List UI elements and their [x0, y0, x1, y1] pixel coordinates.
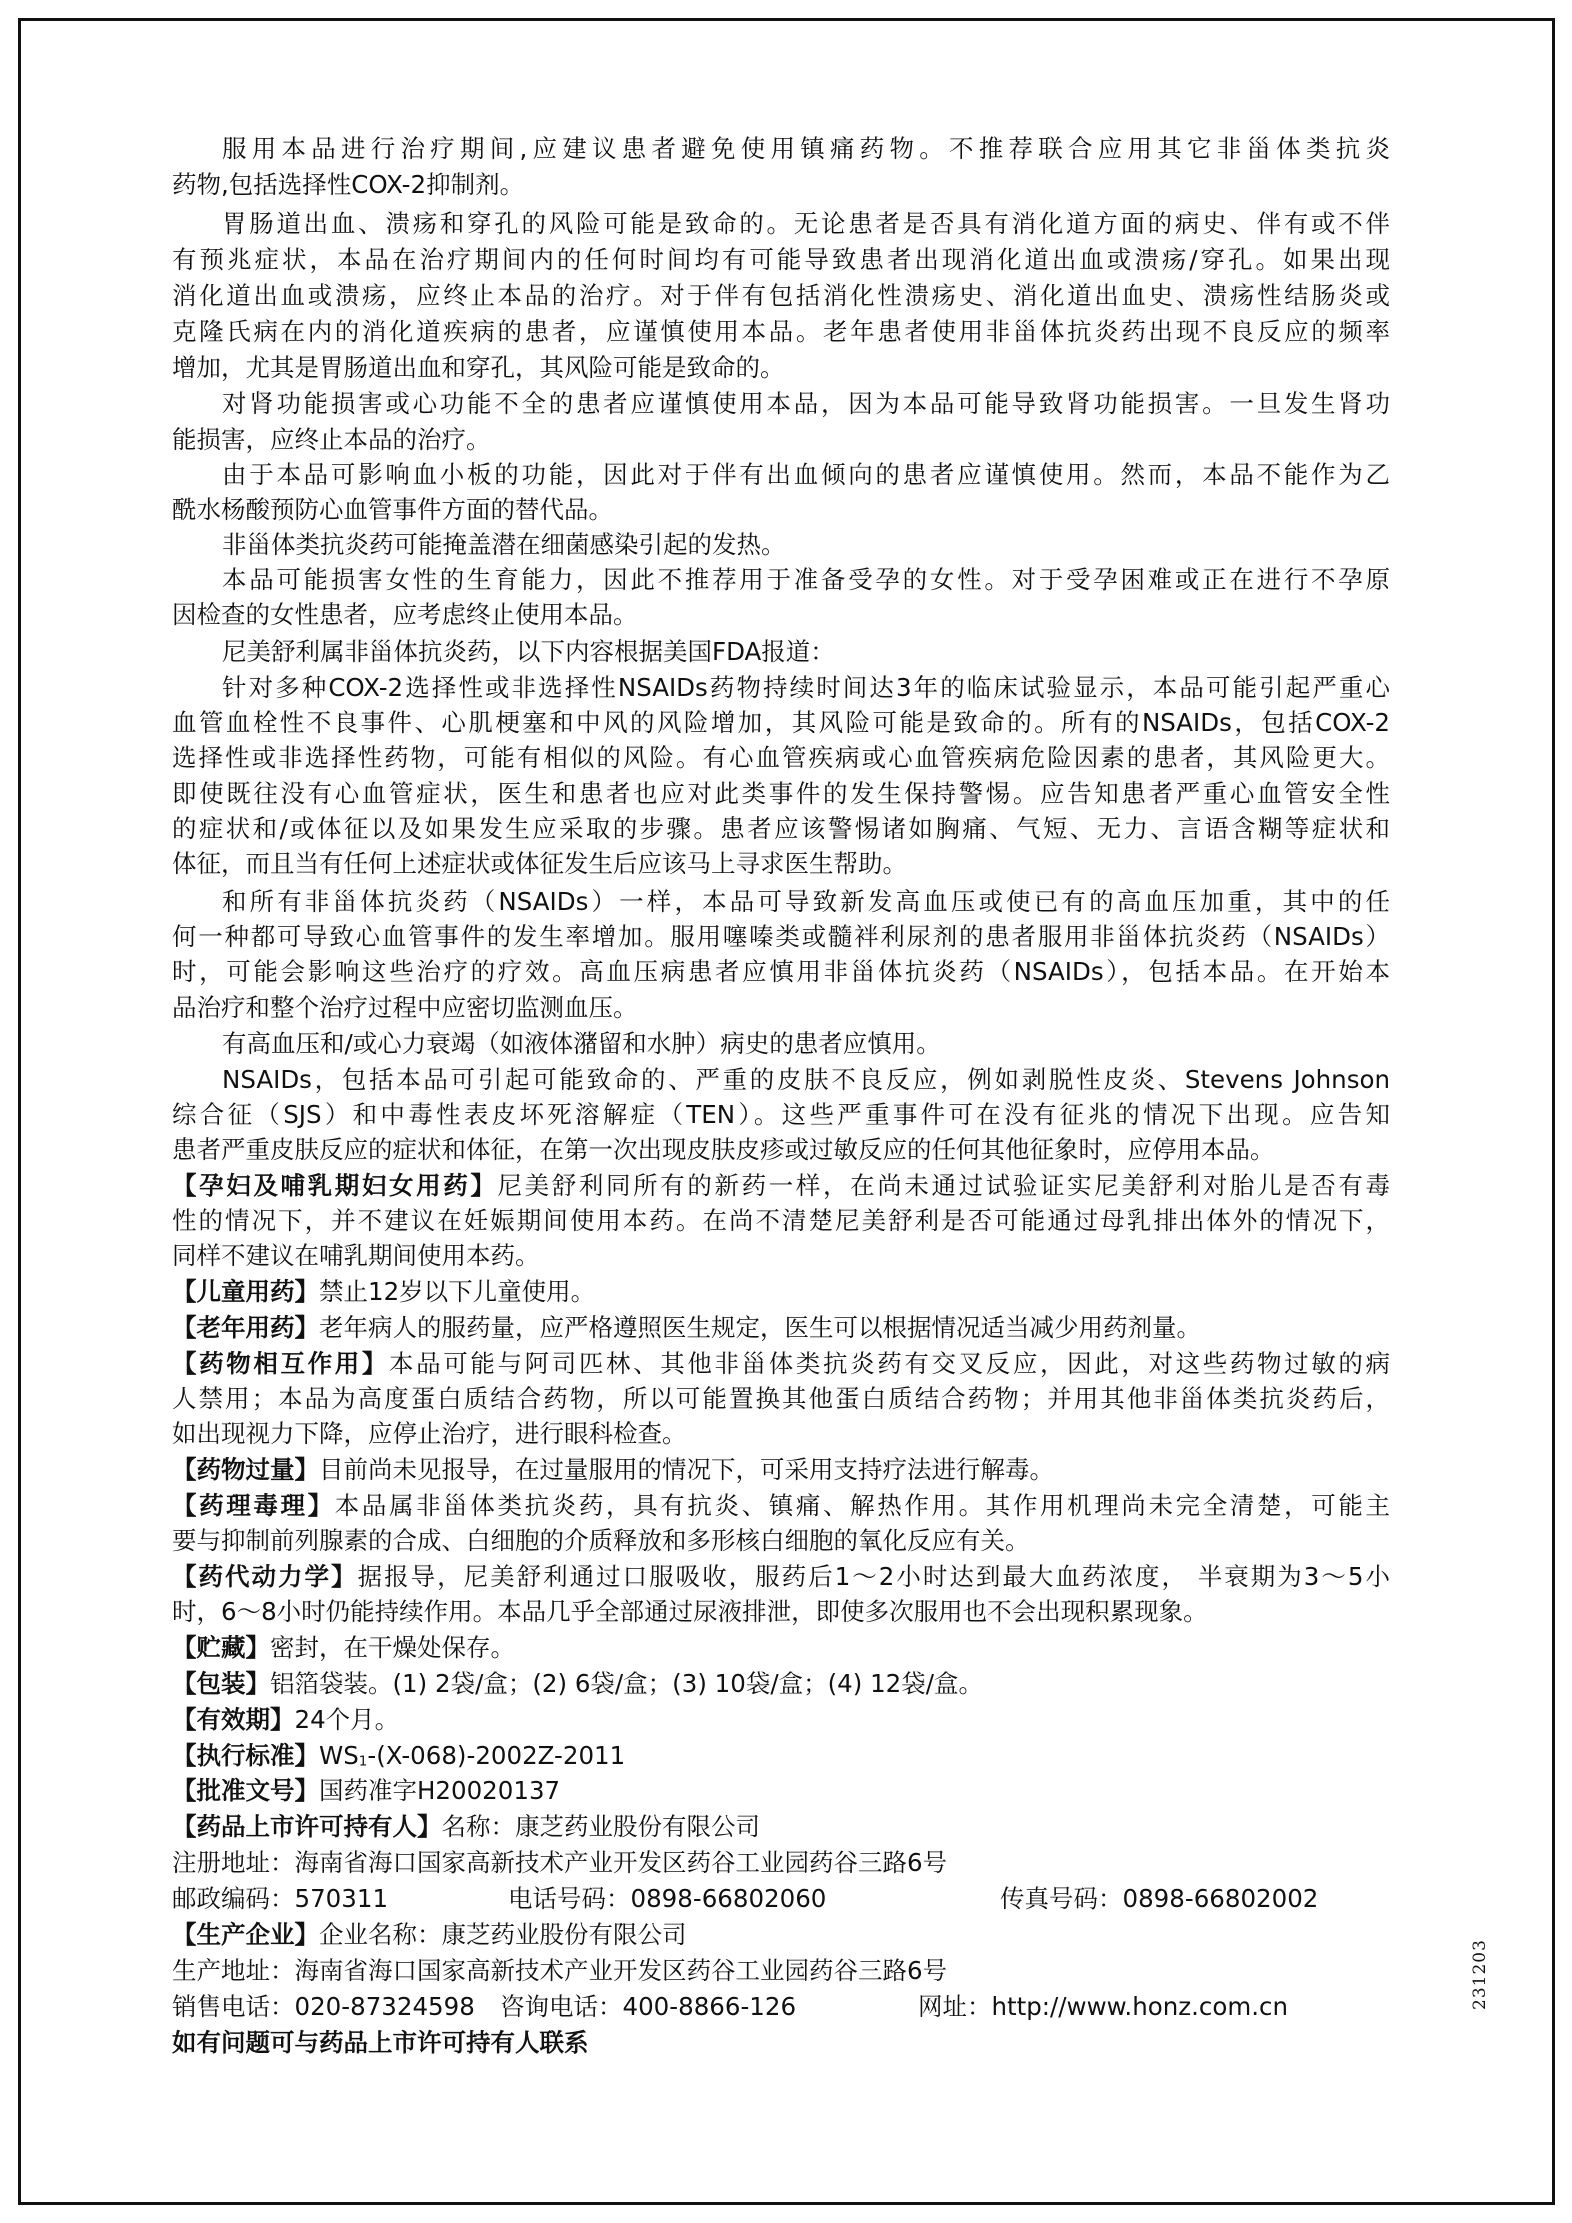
paragraph-line: 服用本品进行治疗期间,应建议患者避免使用镇痛药物。不推荐联合应用其它非甾体类抗炎: [222, 132, 1390, 166]
side-print-code: 231203: [1470, 1939, 1490, 2010]
section-heading: 【药品上市许可持有人】: [172, 1812, 442, 1841]
section-storage: 【贮藏】密封，在干燥处保存。: [172, 1631, 1390, 1665]
manufacturer-address: 生产地址：海南省海口国家高新技术产业开发区药谷工业园药谷三路6号: [172, 1954, 1390, 1988]
section-heading: 【有效期】: [172, 1705, 295, 1734]
section-heading: 【执行标准】: [172, 1741, 319, 1770]
section-heading: 【药物相互作用】: [172, 1349, 389, 1378]
section-interactions: 【药物相互作用】本品可能与阿司匹林、其他非甾体类抗炎药有交叉反应，因此，对这些药…: [172, 1347, 1390, 1381]
paragraph-line: 克隆氏病在内的消化道疾病的患者，应谨慎使用本品。老年患者使用非甾体抗炎药出现不良…: [172, 315, 1390, 349]
paragraph-line: 综合征（SJS）和中毒性表皮坏死溶解症（TEN）。这些严重事件可在没有征兆的情况…: [172, 1098, 1390, 1132]
paragraph-line: 胃肠道出血、溃疡和穿孔的风险可能是致命的。无论患者是否具有消化道方面的病史、伴有…: [222, 207, 1390, 241]
section-heading: 【药理毒理】: [172, 1491, 335, 1520]
paragraph-line: 因检查的女性患者，应考虑终止使用本品。: [172, 598, 1390, 632]
section-pharmacokinetics: 【药代动力学】据报导，尼美舒利通过口服吸收，服药后1～2小时达到最大血药浓度， …: [172, 1560, 1390, 1594]
section-pregnancy-line: 性的情况下，并不建议在妊娠期间使用本药。在尚不清楚尼美舒利是否可能通过母乳排出体…: [172, 1204, 1390, 1238]
paragraph-line: 增加，尤其是胃肠道出血和穿孔，其风险可能是致命的。: [172, 351, 1390, 385]
paragraph-line: 有预兆症状，本品在治疗期间内的任何时间均有可能导致患者出现消化道出血或溃疡/穿孔…: [172, 243, 1390, 277]
paragraph-line: 时，可能会影响这些治疗的疗效。高血压病患者应慎用非甾体抗炎药（NSAIDs），包…: [172, 955, 1390, 989]
manufacturer-contact-row: 销售电话：020-87324598 咨询电话：400-8866-126 网址：h…: [172, 1990, 1390, 2024]
paragraph-line: 何一种都可导致心血管事件的发生率增加。服用噻嗪类或髓袢利尿剂的患者服用非甾体抗炎…: [172, 920, 1390, 954]
section-pregnancy: 【孕妇及哺乳期妇女用药】尼美舒利同所有的新药一样，在尚未通过试验证实尼美舒利对胎…: [172, 1169, 1390, 1203]
paragraph-line: NSAIDs，包括本品可引起可能致命的、严重的皮肤不良反应，例如剥脱性皮炎、St…: [222, 1063, 1390, 1097]
holder-fax: 传真号码：0898-66802002: [1000, 1882, 1318, 1916]
paragraph-line: 非甾体类抗炎药可能掩盖潜在细菌感染引起的发热。: [222, 528, 1390, 562]
section-heading: 【批准文号】: [172, 1776, 319, 1805]
section-heading: 【贮藏】: [172, 1633, 270, 1662]
section-validity: 【有效期】24个月。: [172, 1703, 1390, 1737]
section-heading: 【儿童用药】: [172, 1277, 319, 1306]
section-interactions-line: 人禁用；本品为高度蛋白质结合药物，所以可能置换其他蛋白质结合药物；并用其他非甾体…: [172, 1382, 1390, 1416]
holder-contact-row: 邮政编码：570311 电话号码：0898-66802060 传真号码：0898…: [172, 1882, 1390, 1916]
section-pregnancy-line: 同样不建议在哺乳期间使用本药。: [172, 1239, 1390, 1273]
section-elderly: 【老年用药】老年病人的服药量，应严格遵照医生规定，医生可以根据情况适当减少用药剂…: [172, 1311, 1390, 1345]
paragraph-line: 即使既往没有心血管症状，医生和患者也应对此类事件的发生保持警惕。应告知患者严重心…: [172, 777, 1390, 811]
paragraph-line: 消化道出血或溃疡，应终止本品的治疗。对于伴有包括消化性溃疡史、消化道出血史、溃疡…: [172, 279, 1390, 313]
manufacturer-website: 网址：http://www.honz.com.cn: [918, 1990, 1288, 2024]
paragraph-line: 品治疗和整个治疗过程中应密切监测血压。: [172, 991, 1390, 1025]
paragraph-line: 对肾功能损害或心功能不全的患者应谨慎使用本品，因为本品可能导致肾功能损害。一旦发…: [222, 387, 1390, 421]
paragraph-line: 针对多种COX-2选择性或非选择性NSAIDs药物持续时间达3年的临床试验显示，…: [222, 671, 1390, 705]
section-heading: 【孕妇及哺乳期妇女用药】: [172, 1171, 498, 1200]
paragraph-line: 尼美舒利属非甾体抗炎药，以下内容根据美国FDA报道：: [222, 635, 1390, 669]
paragraph-line: 血管血栓性不良事件、心肌梗塞和中风的风险增加，其风险可能是致命的。所有的NSAI…: [172, 706, 1390, 740]
manufacturer-heading-line: 【生产企业】企业名称：康芝药业股份有限公司: [172, 1918, 1390, 1952]
holder-postcode: 邮政编码：570311: [172, 1882, 388, 1916]
paragraph-line: 有高血压和/或心力衰竭（如液体潴留和水肿）病史的患者应慎用。: [222, 1027, 1390, 1061]
holder-phone: 电话号码：0898-66802060: [508, 1882, 826, 1916]
paragraph-line: 体征，而且当有任何上述症状或体征发生后应该马上寻求医生帮助。: [172, 847, 1390, 881]
holder-heading-line: 【药品上市许可持有人】名称：康芝药业股份有限公司: [172, 1810, 1390, 1844]
manufacturer-consult-phone: 咨询电话：400-8866-126: [500, 1990, 796, 2024]
section-heading: 【老年用药】: [172, 1313, 319, 1342]
section-pharmacokinetics-line: 时，6～8小时仍能持续作用。本品几乎全部通过尿液排泄，即使多次服用也不会出现积累…: [172, 1595, 1390, 1629]
paragraph-line: 本品可能损害女性的生育能力，因此不推荐用于准备受孕的女性。对于受孕困难或正在进行…: [222, 563, 1390, 597]
section-interactions-line: 如出现视力下降，应停止治疗，进行眼科检查。: [172, 1417, 1390, 1451]
paragraph-line: 选择性或非选择性药物，可能有相似的风险。有心血管疾病或心血管疾病危险因素的患者，…: [172, 741, 1390, 775]
section-heading: 【药代动力学】: [172, 1562, 358, 1591]
section-children: 【儿童用药】禁止12岁以下儿童使用。: [172, 1275, 1390, 1309]
section-approval: 【批准文号】国药准字H20020137: [172, 1774, 1390, 1808]
manufacturer-sales-phone: 销售电话：020-87324598: [172, 1990, 475, 2024]
section-heading: 【包装】: [172, 1669, 270, 1698]
paragraph-line: 药物,包括选择性COX-2抑制剂。: [172, 168, 1390, 202]
paragraph-line: 能损害，应终止本品的治疗。: [172, 423, 1390, 457]
section-standard: 【执行标准】WS1-(X-068)-2002Z-2011: [172, 1739, 1390, 1773]
paragraph-line: 患者严重皮肤反应的症状和体征，在第一次出现皮肤皮疹或过敏反应的任何其他征象时，应…: [172, 1133, 1390, 1167]
footer-note: 如有问题可与药品上市许可持有人联系: [172, 2026, 1390, 2060]
section-packaging: 【包装】铝箔袋装。(1) 2袋/盒；(2) 6袋/盒；(3) 10袋/盒；(4)…: [172, 1667, 1390, 1701]
paragraph-line: 由于本品可影响血小板的功能，因此对于伴有出血倾向的患者应谨慎使用。然而，本品不能…: [222, 458, 1390, 492]
section-pharmacology-line: 要与抑制前列腺素的合成、白细胞的介质释放和多形核白细胞的氧化反应有关。: [172, 1524, 1390, 1558]
section-overdose: 【药物过量】目前尚未见报导，在过量服用的情况下，可采用支持疗法进行解毒。: [172, 1453, 1390, 1487]
paragraph-line: 的症状和/或体征以及如果发生应采取的步骤。患者应该警惕诸如胸痛、气短、无力、言语…: [172, 812, 1390, 846]
section-heading: 【生产企业】: [172, 1920, 319, 1949]
section-pharmacology: 【药理毒理】本品属非甾体类抗炎药，具有抗炎、镇痛、解热作用。其作用机理尚未完全清…: [172, 1489, 1390, 1523]
paragraph-line: 酰水杨酸预防心血管事件方面的替代品。: [172, 493, 1390, 527]
holder-address: 注册地址：海南省海口国家高新技术产业开发区药谷工业园药谷三路6号: [172, 1846, 1390, 1880]
paragraph-line: 和所有非甾体抗炎药（NSAIDs）一样，本品可导致新发高血压或使已有的高血压加重…: [222, 885, 1390, 919]
section-heading: 【药物过量】: [172, 1455, 319, 1484]
